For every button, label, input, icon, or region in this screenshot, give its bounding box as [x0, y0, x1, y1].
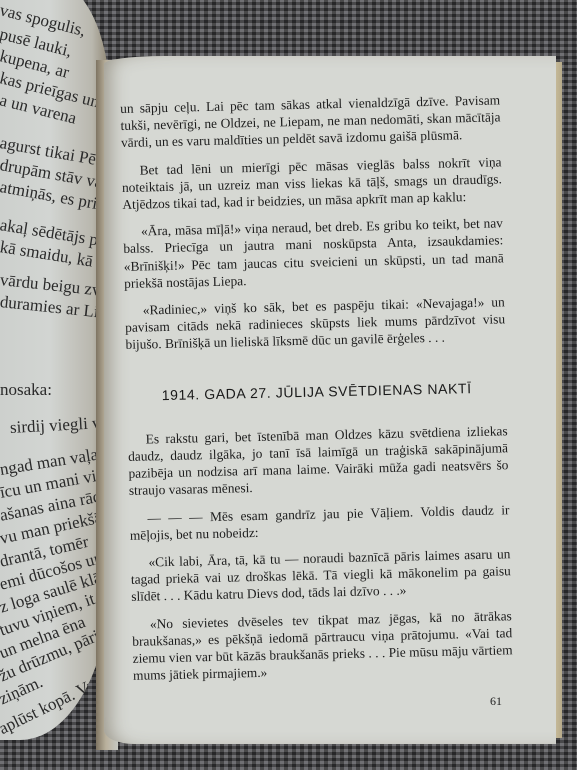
paragraph: «Cik labi, Āra, tā, kā tu — noraudi bazn…: [130, 545, 511, 605]
paragraph: «No sievietes dvēseles tev tikpat maz jē…: [132, 607, 513, 684]
left-text-line: sirdij viegli viņa: [9, 412, 110, 438]
page-number: 61: [490, 694, 502, 709]
left-text-line: nosaka:: [0, 380, 52, 400]
paragraph: un sāpju ceļu. Lai pēc tam sākas atkal v…: [120, 91, 501, 151]
paragraph: — — — Mēs esam gandrīz jau pie Vāļiem. V…: [129, 501, 510, 544]
left-page: vas spogulis, pusē lauki, kupena, ar kas…: [0, 0, 110, 740]
paragraph: Es rakstu gari, bet īstenībā man Oldzes …: [128, 422, 509, 499]
paragraph: Bet tad lēni un mierīgi pēc māsas vieglā…: [121, 153, 502, 213]
paragraph: «Radiniec,» viņš ko sāk, bet es paspēju …: [125, 293, 506, 353]
right-page-text: un sāpju ceļu. Lai pēc tam sākas atkal v…: [120, 91, 513, 694]
paragraph: «Āra, māsa mīļā!» viņa neraud, bet dreb.…: [123, 215, 504, 292]
chapter-title: 1914. GADA 27. JŪLIJA SVĒTDIENAS NAKTĪ: [127, 379, 507, 405]
